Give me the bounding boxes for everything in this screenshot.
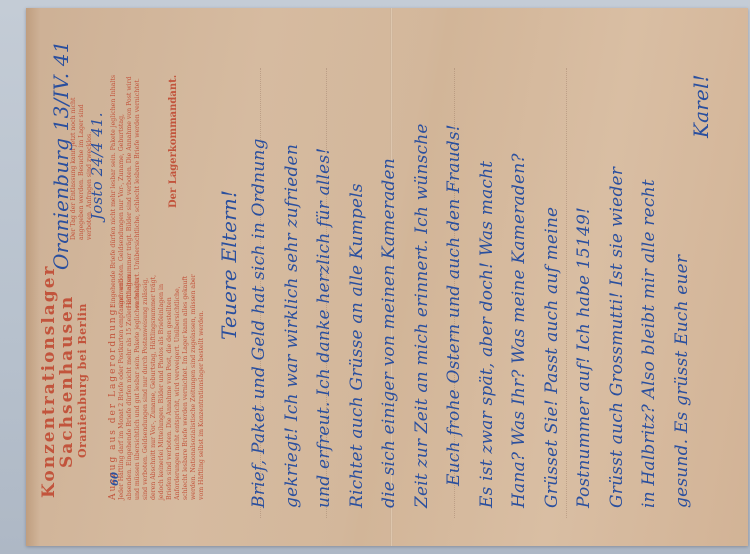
regulations-continued: Eingehende Briefe dürfen nicht mehr lesb…	[110, 68, 142, 308]
block-number: 60	[110, 472, 121, 486]
camp-header: Konzentrationslager Sachsenhausen Oranie…	[40, 265, 89, 498]
postmark-note: Josto 24/4 41.	[86, 112, 108, 220]
letter-line: Richtet auch Grüsse an alle Kumpels	[346, 183, 368, 508]
letter-line: die sich einiger von meinen Kameraden	[378, 158, 400, 508]
letter-line: Es ist zwar spät, aber doch! Was macht	[476, 161, 498, 508]
letter-line: Grüsst auch Grossmutti! Ist sie wieder	[606, 167, 628, 508]
commandant-signature: Der Lagerkommandant.	[168, 75, 179, 208]
letter-line: Hana? Was Ihr? Was meine Kameraden?	[508, 153, 530, 508]
letter-line: Brief, Paket und Geld hat sich in Ordnun…	[248, 138, 270, 508]
letter-line: Postnummer auf! Ich habe 15149!	[573, 207, 595, 508]
header-line-3: Oranienburg bei Berlin	[76, 265, 89, 498]
place-date: Oranienburg 13/IV. 41	[50, 40, 72, 270]
header-line-1: Konzentrationslager	[40, 265, 58, 498]
letter-line: gesund. Es grüsst Euch euer	[671, 255, 693, 508]
salutation: Teuere Eltern!	[218, 190, 240, 340]
letter-line: Zeit zur Zeit an mich erinnert. Ich wüns…	[411, 123, 433, 508]
letter-line: Grüsset Sie! Passt auch auf meine	[541, 207, 563, 508]
writing-rule	[566, 68, 567, 518]
letter-line: in Halbritz? Also bleibt mir alle recht	[638, 179, 660, 508]
letter-sheet: Konzentrationslager Sachsenhausen Oranie…	[26, 8, 748, 546]
letter-line: gekriegt! Ich war wirklich sehr zufriede…	[281, 144, 303, 508]
letter-line: und erfreut. Ich danke herzlich für alle…	[313, 148, 335, 508]
letter-line: Euch frohe Ostern und auch den Frauds!	[443, 124, 465, 486]
closing-signature: Karel!	[690, 74, 712, 138]
header-line-2: Sachsenhausen	[58, 265, 76, 498]
